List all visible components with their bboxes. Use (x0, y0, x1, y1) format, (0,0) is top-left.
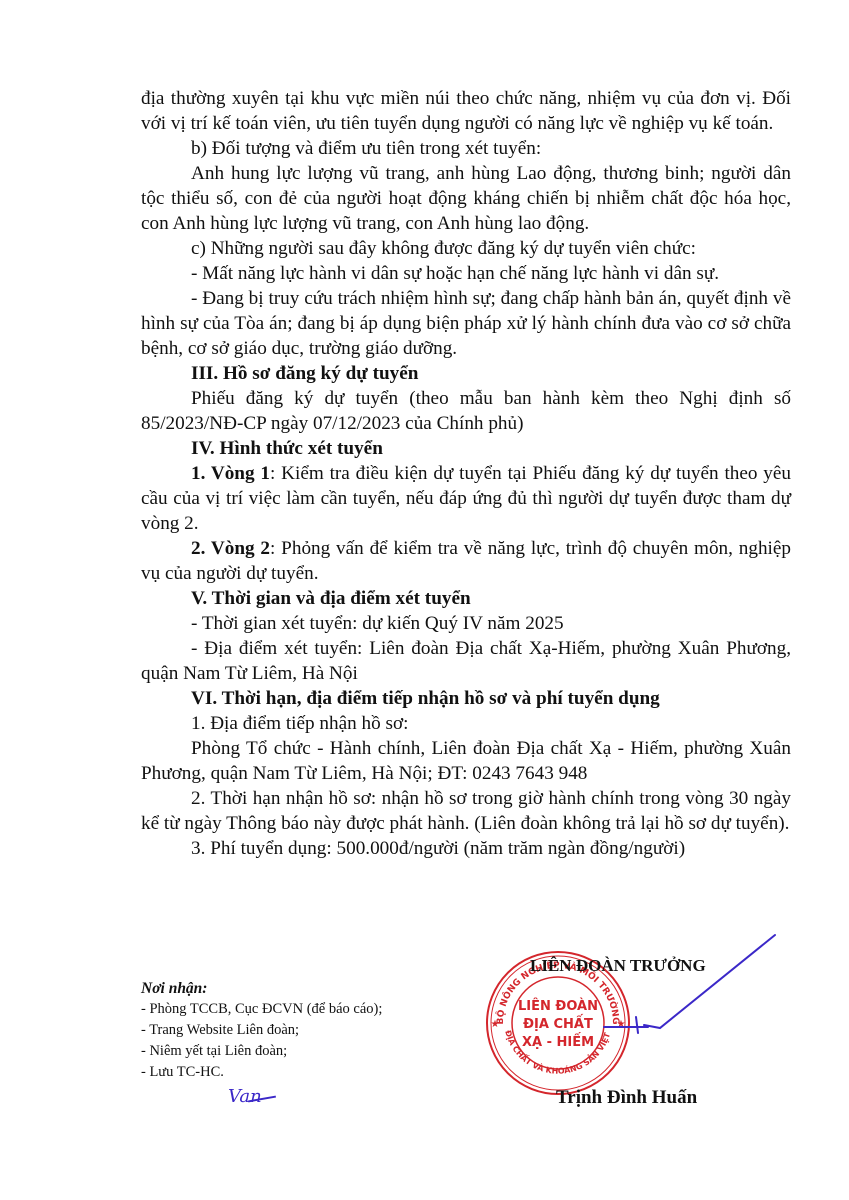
section-5-time: - Thời gian xét tuyển: dự kiến Quý IV nă… (141, 611, 791, 636)
section-4-title: IV. Hình thức xét tuyển (141, 436, 791, 461)
round-2-label: 2. Vòng 2 (191, 538, 270, 559)
document-body: địa thường xuyên tại khu vực miền núi th… (141, 86, 791, 861)
section-b-heading: b) Đối tượng và điểm ưu tiên trong xét t… (141, 136, 791, 161)
svg-text:★: ★ (491, 1019, 500, 1030)
recipients-block: Nơi nhận: - Phòng TCCB, Cục ĐCVN (để báo… (141, 978, 471, 1083)
section-5-title: V. Thời gian và địa điểm xét tuyển (141, 586, 791, 611)
section-4-round-1: 1. Vòng 1: Kiểm tra điều kiện dự tuyển t… (141, 461, 791, 536)
section-6-item-3: 3. Phí tuyển dụng: 500.000đ/người (năm t… (141, 836, 791, 861)
handwritten-initials: Van (228, 1086, 262, 1107)
section-b-text: Anh hung lực lượng vũ trang, anh hùng La… (141, 161, 791, 236)
recipient-item: - Lưu TC-HC. (141, 1062, 471, 1083)
section-6-item-1-heading: 1. Địa điểm tiếp nhận hồ sơ: (141, 711, 791, 736)
section-c-item: - Mất năng lực hành vi dân sự hoặc hạn c… (141, 261, 791, 286)
stamp-line: ĐỊA CHẤT (523, 1014, 593, 1032)
recipient-item: - Niêm yết tại Liên đoàn; (141, 1041, 471, 1062)
stamp-line: XẠ - HIẾM (522, 1033, 594, 1050)
section-6-item-2: 2. Thời hạn nhận hồ sơ: nhận hồ sơ trong… (141, 786, 791, 836)
section-6-title: VI. Thời hạn, địa điểm tiếp nhận hồ sơ v… (141, 686, 791, 711)
section-c-item: - Đang bị truy cứu trách nhiệm hình sự; … (141, 286, 791, 361)
signer-name: Trịnh Đình Huấn (556, 1087, 697, 1109)
section-4-round-2: 2. Vòng 2: Phỏng vấn để kiểm tra về năng… (141, 536, 791, 586)
section-3-title: III. Hồ sơ đăng ký dự tuyển (141, 361, 791, 386)
recipients-title: Nơi nhận: (141, 978, 471, 999)
round-1-label: 1. Vòng 1 (191, 463, 270, 484)
section-6-item-1-text: Phòng Tổ chức - Hành chính, Liên đoàn Đị… (141, 736, 791, 786)
section-5-place: - Địa điểm xét tuyển: Liên đoàn Địa chất… (141, 636, 791, 686)
handwritten-signature-icon (600, 925, 790, 1045)
recipient-item: - Phòng TCCB, Cục ĐCVN (để báo cáo); (141, 999, 471, 1020)
paragraph: địa thường xuyên tại khu vực miền núi th… (141, 86, 791, 136)
recipient-item: - Trang Website Liên đoàn; (141, 1020, 471, 1041)
stamp-line: LIÊN ĐOÀN (518, 998, 598, 1014)
section-c-heading: c) Những người sau đây không được đăng k… (141, 236, 791, 261)
section-3-text: Phiếu đăng ký dự tuyển (theo mẫu ban hàn… (141, 386, 791, 436)
